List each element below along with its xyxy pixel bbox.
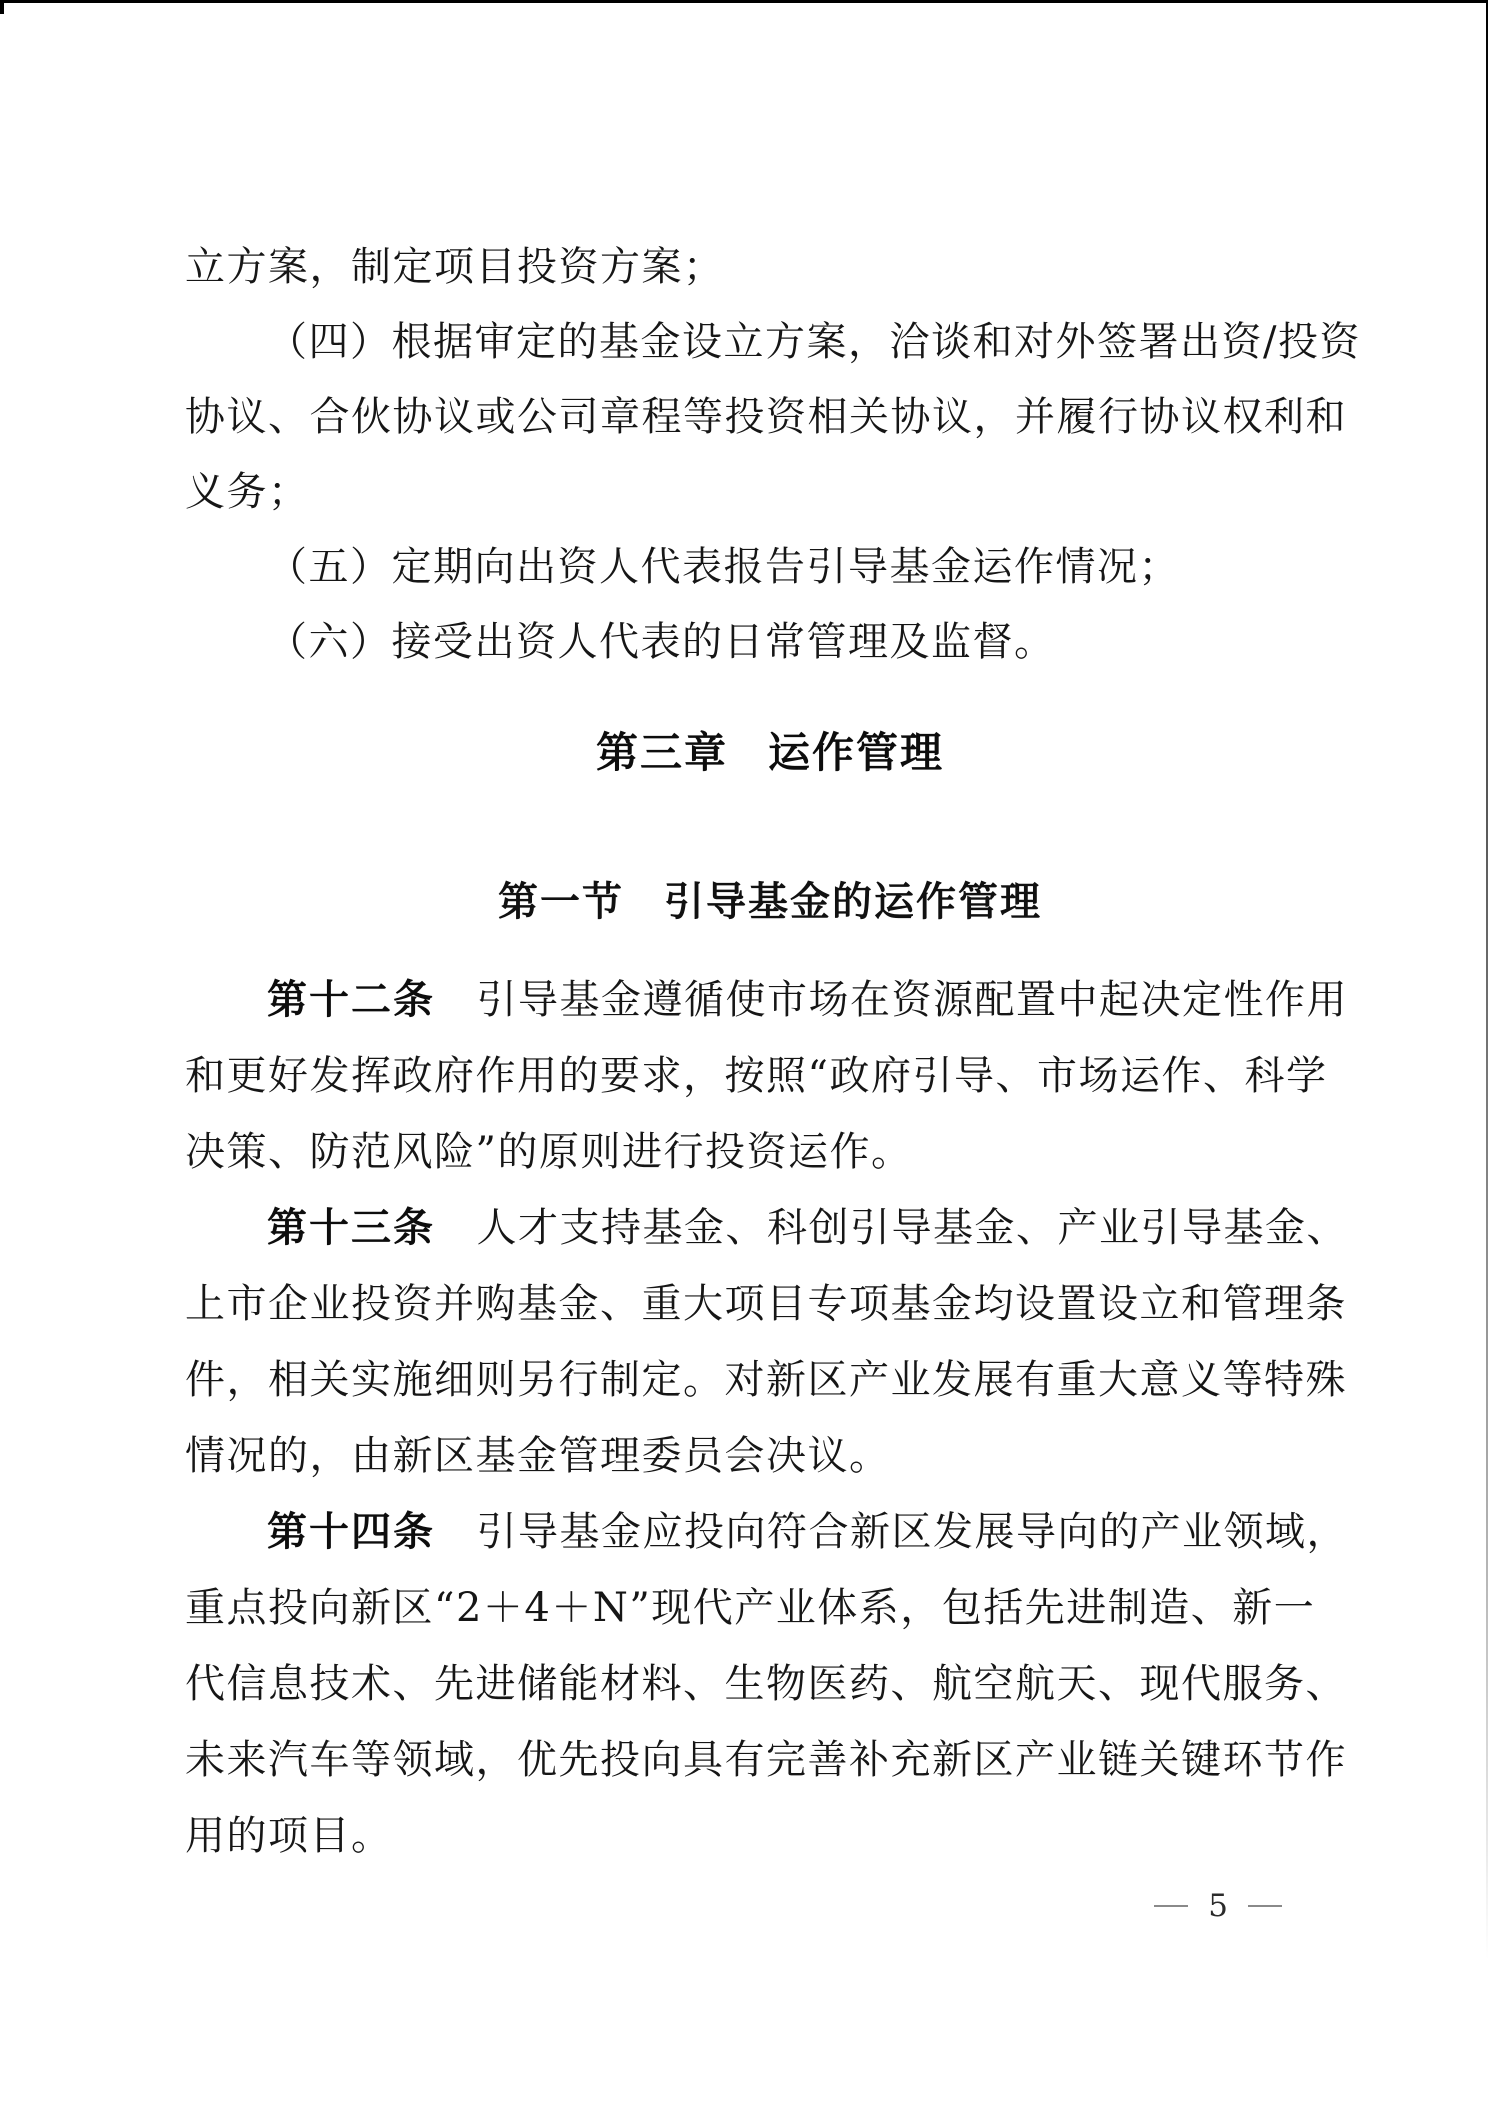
doc-line-article-12: 第十二条 引导基金遵循使市场在资源配置中起决定性作用 bbox=[185, 962, 1355, 1038]
doc-line-clause-4: （四）根据审定的基金设立方案，洽谈和对外签署出资/投资 bbox=[185, 305, 1355, 380]
doc-line: 协议、合伙协议或公司章程等投资相关协议，并履行协议权利和 bbox=[185, 380, 1355, 455]
doc-line-article-14: 第十四条 引导基金应投向符合新区发展导向的产业领域， bbox=[185, 1494, 1355, 1570]
article-14-number: 第十四条 bbox=[267, 1509, 435, 1555]
doc-line-clause-5: （五）定期向出资人代表报告引导基金运作情况； bbox=[185, 530, 1355, 605]
doc-line: 义务； bbox=[185, 455, 1355, 530]
article-13-text: 人才支持基金、科创引导基金、产业引导基金、 bbox=[435, 1205, 1348, 1251]
doc-line: 件，相关实施细则另行制定。对新区产业发展有重大意义等特殊 bbox=[185, 1342, 1355, 1418]
chapter-label: 第三章 bbox=[596, 728, 728, 777]
chapter-title: 运作管理 bbox=[768, 728, 944, 777]
doc-line: 情况的，由新区基金管理委员会决议。 bbox=[185, 1418, 1355, 1494]
doc-line: 决策、防范风险”的原则进行投资运作。 bbox=[185, 1114, 1355, 1190]
page-number-dash-left bbox=[1154, 1905, 1188, 1907]
doc-line-clause-6: （六）接受出资人代表的日常管理及监督。 bbox=[185, 605, 1355, 680]
doc-line: 重点投向新区“2＋4＋N”现代产业体系，包括先进制造、新一 bbox=[185, 1570, 1355, 1646]
doc-line: 未来汽车等领域，优先投向具有完善补充新区产业链关键环节作 bbox=[185, 1722, 1355, 1798]
scan-top-edge-line bbox=[0, 0, 1488, 3]
section-heading: 第一节引导基金的运作管理 bbox=[185, 862, 1355, 942]
page-number-dash-right bbox=[1248, 1905, 1282, 1907]
article-13-number: 第十三条 bbox=[267, 1205, 435, 1251]
doc-line: 代信息技术、先进储能材料、生物医药、航空航天、现代服务、 bbox=[185, 1646, 1355, 1722]
document-body: 立方案，制定项目投资方案； （四）根据审定的基金设立方案，洽谈和对外签署出资/投… bbox=[185, 230, 1355, 1874]
doc-line-article-13: 第十三条 人才支持基金、科创引导基金、产业引导基金、 bbox=[185, 1190, 1355, 1266]
page-number-value: 5 bbox=[1208, 1888, 1228, 1924]
article-12-number: 第十二条 bbox=[267, 977, 435, 1023]
section-body: 第十二条 引导基金遵循使市场在资源配置中起决定性作用 和更好发挥政府作用的要求，… bbox=[185, 962, 1355, 1874]
section-title: 引导基金的运作管理 bbox=[664, 878, 1042, 925]
chapter-heading: 第三章运作管理 bbox=[185, 713, 1355, 793]
page-number: 5 bbox=[1154, 1886, 1282, 1926]
section-label: 第一节 bbox=[498, 878, 624, 925]
scanned-document-page: { "document": { "lines": [ {"text": "立方案… bbox=[0, 0, 1488, 2104]
doc-line: 立方案，制定项目投资方案； bbox=[185, 230, 1355, 305]
scan-left-edge-notch bbox=[0, 0, 4, 14]
doc-line: 和更好发挥政府作用的要求，按照“政府引导、市场运作、科学 bbox=[185, 1038, 1355, 1114]
article-14-text: 引导基金应投向符合新区发展导向的产业领域， bbox=[435, 1509, 1348, 1555]
doc-line: 用的项目。 bbox=[185, 1798, 1355, 1874]
document-page: 立方案，制定项目投资方案； （四）根据审定的基金设立方案，洽谈和对外签署出资/投… bbox=[0, 0, 1488, 2104]
article-12-text: 引导基金遵循使市场在资源配置中起决定性作用 bbox=[435, 977, 1348, 1023]
doc-line: 上市企业投资并购基金、重大项目专项基金均设置设立和管理条 bbox=[185, 1266, 1355, 1342]
